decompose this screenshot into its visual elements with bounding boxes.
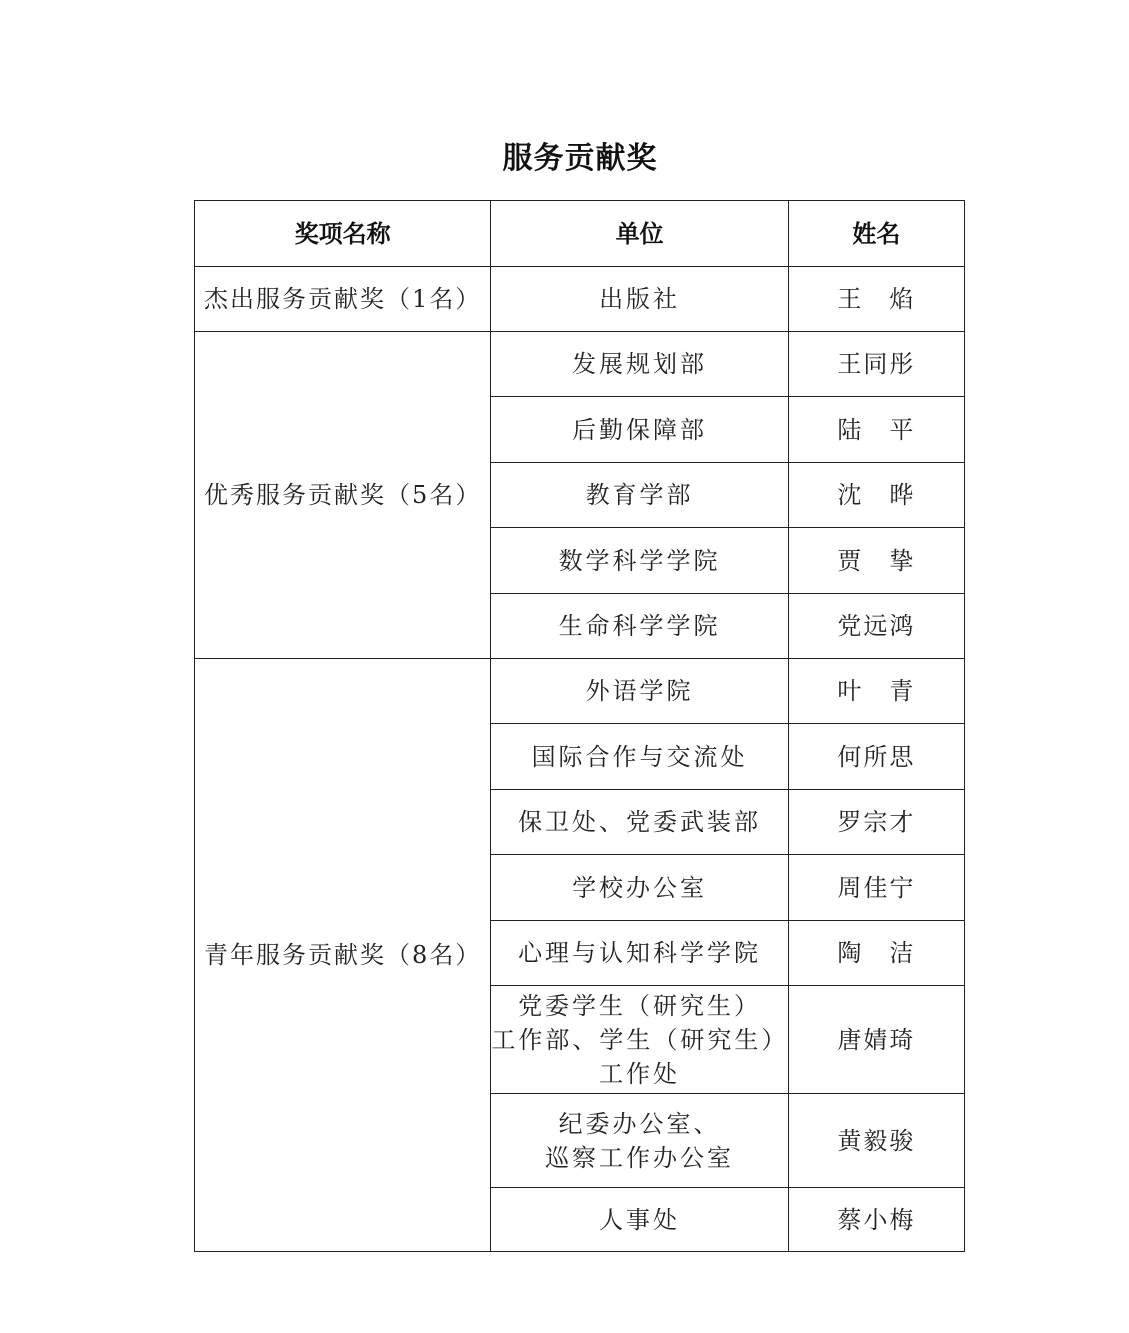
table-row: 优秀服务贡献奖（5名） 发展规划部 王同彤 <box>195 332 965 397</box>
unit-cell: 后勤保障部 <box>491 397 788 463</box>
name-cell: 陶 洁 <box>788 921 964 986</box>
name-cell: 叶 青 <box>788 659 964 724</box>
unit-cell: 党委学生（研究生） 工作部、学生（研究生） 工作处 <box>491 986 788 1094</box>
name-cell: 黄毅骏 <box>788 1094 964 1188</box>
table-header-row: 奖项名称 单位 姓名 <box>195 201 965 267</box>
unit-cell: 外语学院 <box>491 659 788 724</box>
name-cell: 蔡小梅 <box>788 1188 964 1252</box>
name-cell: 王同彤 <box>788 332 964 397</box>
header-award: 奖项名称 <box>195 201 491 267</box>
unit-line: 纪委办公室、 <box>491 1107 787 1141</box>
name-cell: 周佳宁 <box>788 855 964 921</box>
awards-table: 奖项名称 单位 姓名 杰出服务贡献奖（1名） 出版社 王 焰 优秀服务贡献奖（5… <box>194 200 965 1252</box>
name-cell: 陆 平 <box>788 397 964 463</box>
unit-cell: 学校办公室 <box>491 855 788 921</box>
name-cell: 王 焰 <box>788 267 964 332</box>
name-cell: 贾 挚 <box>788 528 964 594</box>
table-row: 青年服务贡献奖（8名） 外语学院 叶 青 <box>195 659 965 724</box>
table-row: 杰出服务贡献奖（1名） 出版社 王 焰 <box>195 267 965 332</box>
name-cell: 唐婧琦 <box>788 986 964 1094</box>
unit-cell: 心理与认知科学学院 <box>491 921 788 986</box>
unit-cell: 数学科学学院 <box>491 528 788 594</box>
page-title: 服务贡献奖 <box>0 133 1129 177</box>
header-name: 姓名 <box>788 201 964 267</box>
unit-line: 巡察工作办公室 <box>491 1141 787 1175</box>
unit-line: 工作部、学生（研究生） <box>491 1023 787 1057</box>
unit-line: 工作处 <box>491 1057 787 1091</box>
unit-line: 党委学生（研究生） <box>491 989 787 1023</box>
unit-cell: 出版社 <box>491 267 788 332</box>
header-unit: 单位 <box>491 201 788 267</box>
name-cell: 沈 晔 <box>788 463 964 528</box>
award-cell: 优秀服务贡献奖（5名） <box>195 332 491 659</box>
award-cell: 杰出服务贡献奖（1名） <box>195 267 491 332</box>
unit-cell: 纪委办公室、 巡察工作办公室 <box>491 1094 788 1188</box>
name-cell: 何所思 <box>788 724 964 790</box>
name-cell: 罗宗才 <box>788 790 964 855</box>
unit-cell: 保卫处、党委武装部 <box>491 790 788 855</box>
unit-cell: 发展规划部 <box>491 332 788 397</box>
name-cell: 党远鸿 <box>788 594 964 659</box>
unit-cell: 人事处 <box>491 1188 788 1252</box>
award-cell: 青年服务贡献奖（8名） <box>195 659 491 1252</box>
unit-cell: 生命科学学院 <box>491 594 788 659</box>
unit-cell: 国际合作与交流处 <box>491 724 788 790</box>
unit-cell: 教育学部 <box>491 463 788 528</box>
